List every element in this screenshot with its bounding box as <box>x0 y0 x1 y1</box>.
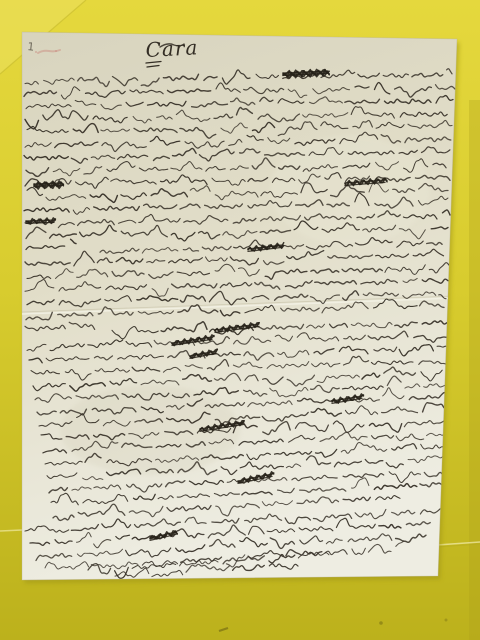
photo-canvas: 1 Cara <box>0 0 480 640</box>
manuscript-photo: 1 Cara <box>0 0 480 640</box>
pencil-page-number: 1 <box>27 40 35 54</box>
manuscript-title: Cara <box>145 35 199 62</box>
